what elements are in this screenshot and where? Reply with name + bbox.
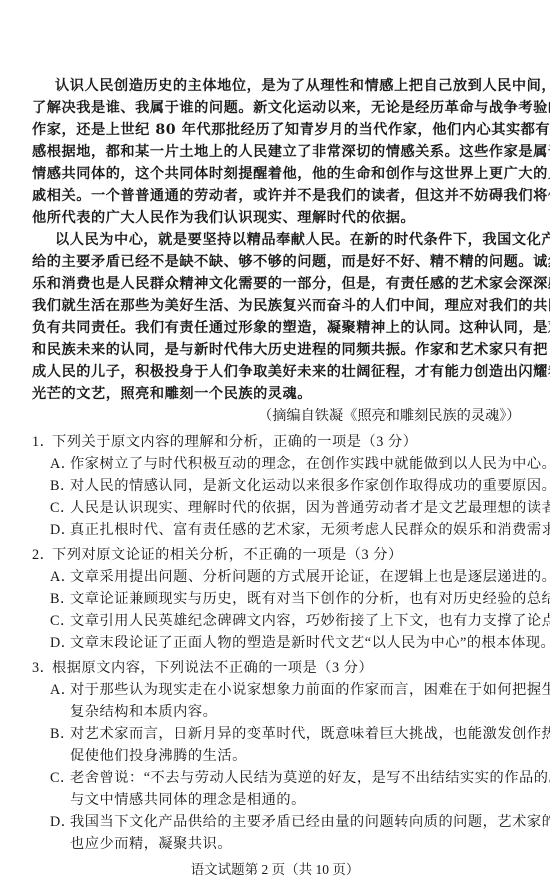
- option-d: D．真正扎根时代、富有责任感的艺术家，无须考虑人民群众的娱乐和消费需求。: [50, 520, 550, 540]
- option-continuation: 促使他们投身沸腾的生活。: [70, 746, 247, 766]
- option-c: C．文章引用人民英雄纪念碑碑文内容，巧妙衔接了上下文，也有力支撑了论点。: [50, 611, 550, 631]
- passage-line: 我们就生活在那些为美好生活、为民族复兴而奋斗的人们中间，理应对我们的共同奋斗: [32, 296, 550, 316]
- passage-line: 负有共同责任。我们有责任通过形象的塑造，凝聚精神上的认同。这种认同，是对国家: [32, 318, 550, 338]
- option-label: C．: [50, 768, 70, 788]
- question-stem: 1．下列关于原文内容的理解和分析，正确的一项是（3 分）: [32, 432, 417, 452]
- option-text: 我国当下文化产品供给的主要矛盾已经由量的问题转向质的问题，艺术家的创作: [70, 814, 550, 830]
- option-text: 对艺术家而言，日新月异的变革时代，既意味着巨大挑战，也能激发创作热情，: [70, 726, 550, 742]
- option-text: 文章引用人民英雄纪念碑碑文内容，巧妙衔接了上下文，也有力支撑了论点。: [70, 613, 550, 629]
- question-number: 2．: [32, 545, 52, 565]
- passage-line: 了解决我是谁、我属于谁的问题。新文化运动以来，无论是经历革命与战争考验的现代: [32, 98, 550, 118]
- option-label: A．: [50, 680, 70, 700]
- question-text: 下列对原文论证的相关分析，不正确的一项是（3 分）: [52, 547, 403, 563]
- question-text: 下列关于原文内容的理解和分析，正确的一项是（3 分）: [52, 434, 417, 450]
- passage-line: 乐和消费也是人民群众精神文化需要的一部分，但是，有责任感的艺术家会深深感到，: [32, 274, 550, 294]
- option-b: B．对艺术家而言，日新月异的变革时代，既意味着巨大挑战，也能激发创作热情，: [50, 724, 550, 744]
- option-label: D．: [50, 520, 70, 540]
- option-continuation: 与文中情感共同体的理念是相通的。: [70, 790, 306, 810]
- passage-line: 认识人民创造历史的主体地位，是为了从理性和情感上把自己放到人民中间，是为: [55, 76, 550, 96]
- option-text: 对于那些认为现实走在小说家想象力前面的作家而言，困难在于如何把握生活的: [70, 682, 550, 698]
- option-label: C．: [50, 498, 70, 518]
- option-label: A．: [50, 454, 70, 474]
- option-c: C．老舍曾说：“不去与劳动人民结为莫逆的好友，是写不出结结实实的作品的。”这: [50, 768, 550, 788]
- question-text: 根据原文内容，下列说法不正确的一项是（3 分）: [52, 660, 373, 676]
- passage-line: 感根据地，都和某一片土地上的人民建立了非常深切的情感关系。这些作家是属于某个: [32, 142, 550, 162]
- option-label: D．: [50, 812, 70, 832]
- option-text: 文章采用提出问题、分析问题的方式展开论证，在逻辑上也是逐层递进的。: [70, 569, 550, 585]
- passage-line: 戚相关。一个普普通通的劳动者，或许并不是我们的读者，但这并不妨碍我们将他以及: [32, 186, 550, 206]
- option-text: 作家树立了与时代积极互动的理念，在创作实践中就能做到以人民为中心。: [70, 456, 550, 472]
- option-a: A．作家树立了与时代积极互动的理念，在创作实践中就能做到以人民为中心。: [50, 454, 550, 474]
- passage-source: （摘编自铁凝《照亮和雕刻民族的灵魂》）: [258, 406, 520, 426]
- option-text: 老舍曾说：“不去与劳动人民结为莫逆的好友，是写不出结结实实的作品的。”这: [70, 770, 550, 786]
- option-continuation: 也应少而精，凝聚共识。: [70, 834, 232, 854]
- option-c: C．人民是认识现实、理解时代的依据，因为普通劳动者才是文艺最理想的读者。: [50, 498, 550, 518]
- option-a: A．文章采用提出问题、分析问题的方式展开论证，在逻辑上也是逐层递进的。: [50, 567, 550, 587]
- question-stem: 3．根据原文内容，下列说法不正确的一项是（3 分）: [32, 658, 373, 678]
- passage-line: 以人民为中心，就是要坚持以精品奉献人民。在新的时代条件下，我国文化产品供: [55, 230, 550, 250]
- question-stem: 2．下列对原文论证的相关分析，不正确的一项是（3 分）: [32, 545, 403, 565]
- option-label: A．: [50, 567, 70, 587]
- option-text: 文章末段论证了正面人物的塑造是新时代文艺“以人民为中心”的根本体现。: [70, 635, 550, 651]
- option-text: 人民是认识现实、理解时代的依据，因为普通劳动者才是文艺最理想的读者。: [70, 500, 550, 516]
- passage-line: 和民族未来的认同，是与新时代伟大历史进程的同频共振。作家和艺术家只有把自己看: [32, 340, 550, 360]
- passage-line: 情感共同体的，这个共同体时刻提醒着他，他的生命和创作与这世界上更广大的人群休: [32, 164, 550, 184]
- option-d: D．文章末段论证了正面人物的塑造是新时代文艺“以人民为中心”的根本体现。: [50, 633, 550, 653]
- option-a: A．对于那些认为现实走在小说家想象力前面的作家而言，困难在于如何把握生活的: [50, 680, 550, 700]
- option-b: B．对人民的情感认同，是新文化运动以来很多作家创作取得成功的重要原因。: [50, 476, 550, 496]
- passage-line: 他所代表的广大人民作为我们认识现实、理解时代的依据。: [32, 208, 415, 228]
- passage-line: 给的主要矛盾已经不是缺不缺、够不够的问题，而是好不好、精不精的问题。诚然，娱: [32, 252, 550, 272]
- passage-line: 成人民的儿子，积极投身于人们争取美好未来的壮阔征程，才有能力创造出闪耀着明亮: [32, 362, 550, 382]
- passage-line: 作家，还是上世纪 80 年代那批经历了知青岁月的当代作家，他们内心其实都有一方情: [32, 120, 550, 140]
- option-d: D．我国当下文化产品供给的主要矛盾已经由量的问题转向质的问题，艺术家的创作: [50, 812, 550, 832]
- option-b: B．文章论证兼顾现实与历史，既有对当下创作的分析，也有对历史经验的总结。: [50, 589, 550, 609]
- option-label: D．: [50, 633, 70, 653]
- option-continuation: 复杂结构和本质内容。: [70, 702, 217, 722]
- option-label: C．: [50, 611, 70, 631]
- question-number: 3．: [32, 658, 52, 678]
- option-label: B．: [50, 724, 70, 744]
- page-footer: 语文试题第 2 页（共 10 页）: [0, 860, 550, 880]
- option-label: B．: [50, 589, 70, 609]
- exam-page: 认识人民创造历史的主体地位，是为了从理性和情感上把自己放到人民中间，是为 了解决…: [0, 0, 550, 894]
- option-text: 真正扎根时代、富有责任感的艺术家，无须考虑人民群众的娱乐和消费需求。: [70, 522, 550, 538]
- option-label: B．: [50, 476, 70, 496]
- option-text: 文章论证兼顾现实与历史，既有对当下创作的分析，也有对历史经验的总结。: [70, 591, 550, 607]
- passage-line: 光芒的文艺，照亮和雕刻一个民族的灵魂。: [32, 384, 312, 404]
- option-text: 对人民的情感认同，是新文化运动以来很多作家创作取得成功的重要原因。: [70, 478, 550, 494]
- question-number: 1．: [32, 432, 52, 452]
